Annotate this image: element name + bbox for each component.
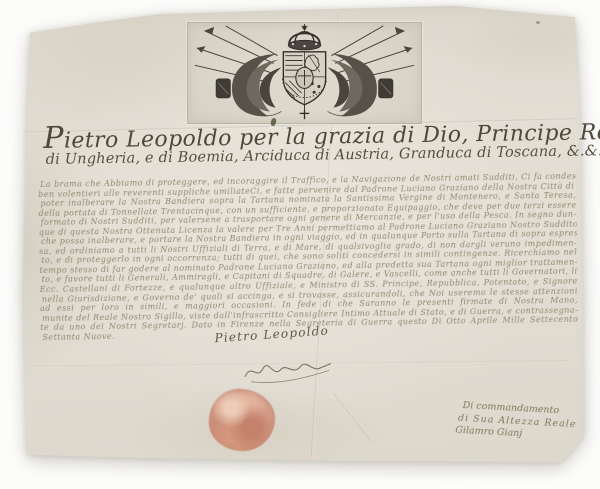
manuscript-ink-layer: Pietro Leopoldo per la grazia di Dio, Pr… [0,0,600,489]
countersignature-flourish [241,355,337,387]
photo-background: Pietro Leopoldo per la grazia di Dio, Pr… [0,0,600,489]
chancery-note: Di commandamentodi Sua Altezza RealeGila… [455,400,597,445]
foxing-spot [536,21,540,24]
body-text: La brama che Abbiamo di proteggere, ed i… [38,172,578,343]
